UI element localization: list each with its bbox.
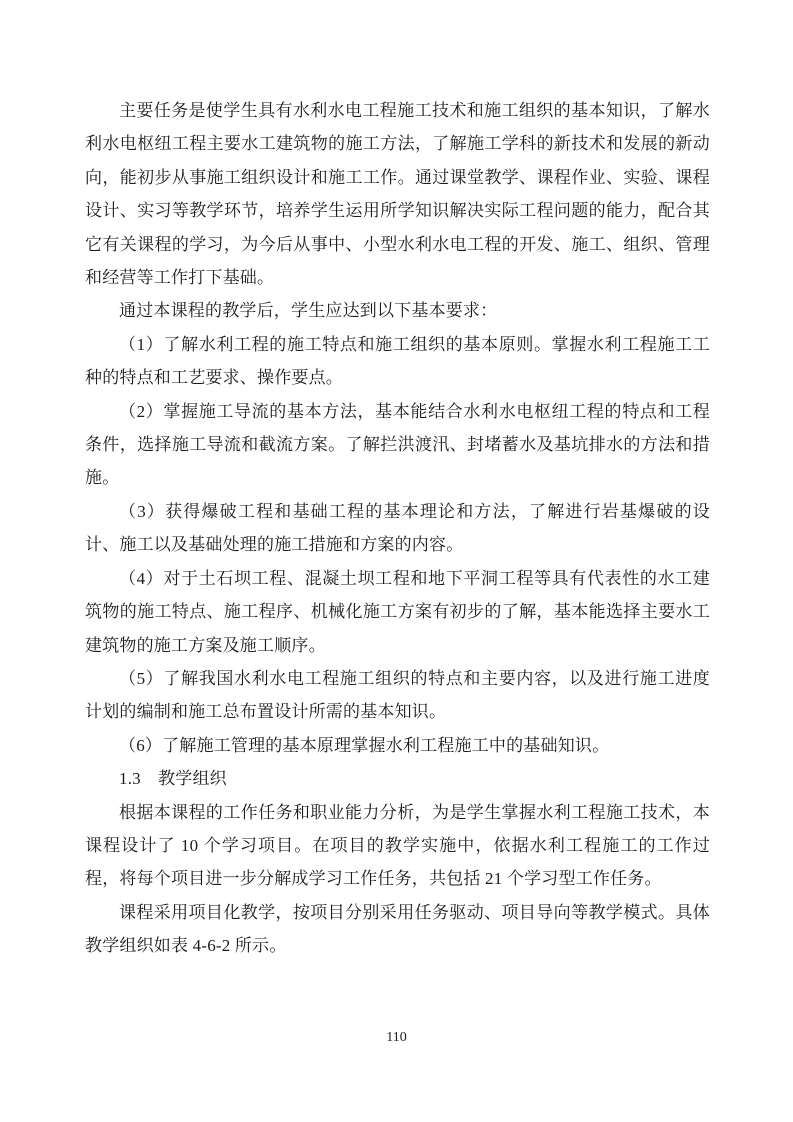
section-heading: 1.3 教学组织 <box>85 762 710 795</box>
paragraph: 通过本课程的教学后，学生应达到以下基本要求： <box>85 294 710 327</box>
paragraph: （6）了解施工管理的基本原理掌握水利工程施工中的基础知识。 <box>85 729 710 762</box>
paragraph: （4）对于土石坝工程、混凝土坝工程和地下平洞工程等具有代表性的水工建筑物的施工特… <box>85 562 710 662</box>
paragraph: （3）获得爆破工程和基础工程的基本理论和方法，了解进行岩基爆破的设计、施工以及基… <box>85 495 710 562</box>
paragraph: 根据本课程的工作任务和职业能力分析，为是学生掌握水利工程施工技术，本课程设计了 … <box>85 796 710 896</box>
paragraph: （1）了解水利工程的施工特点和施工组织的基本原则。掌握水利工程施工工种的特点和工… <box>85 328 710 395</box>
document-body: 主要任务是使学生具有水利水电工程施工技术和施工组织的基本知识，了解水利水电枢纽工… <box>85 94 710 963</box>
paragraph: （5）了解我国水利水电工程施工组织的特点和主要内容，以及进行施工进度计划的编制和… <box>85 662 710 729</box>
page-number: 110 <box>386 1030 406 1045</box>
page-footer: 110 <box>0 1028 793 1046</box>
paragraph: 主要任务是使学生具有水利水电工程施工技术和施工组织的基本知识，了解水利水电枢纽工… <box>85 94 710 294</box>
paragraph: （2）掌握施工导流的基本方法，基本能结合水利水电枢纽工程的特点和工程条件，选择施… <box>85 395 710 495</box>
paragraph: 课程采用项目化教学，按项目分别采用任务驱动、项目导向等教学模式。具体教学组织如表… <box>85 896 710 963</box>
document-page: 主要任务是使学生具有水利水电工程施工技术和施工组织的基本知识，了解水利水电枢纽工… <box>0 0 793 1122</box>
